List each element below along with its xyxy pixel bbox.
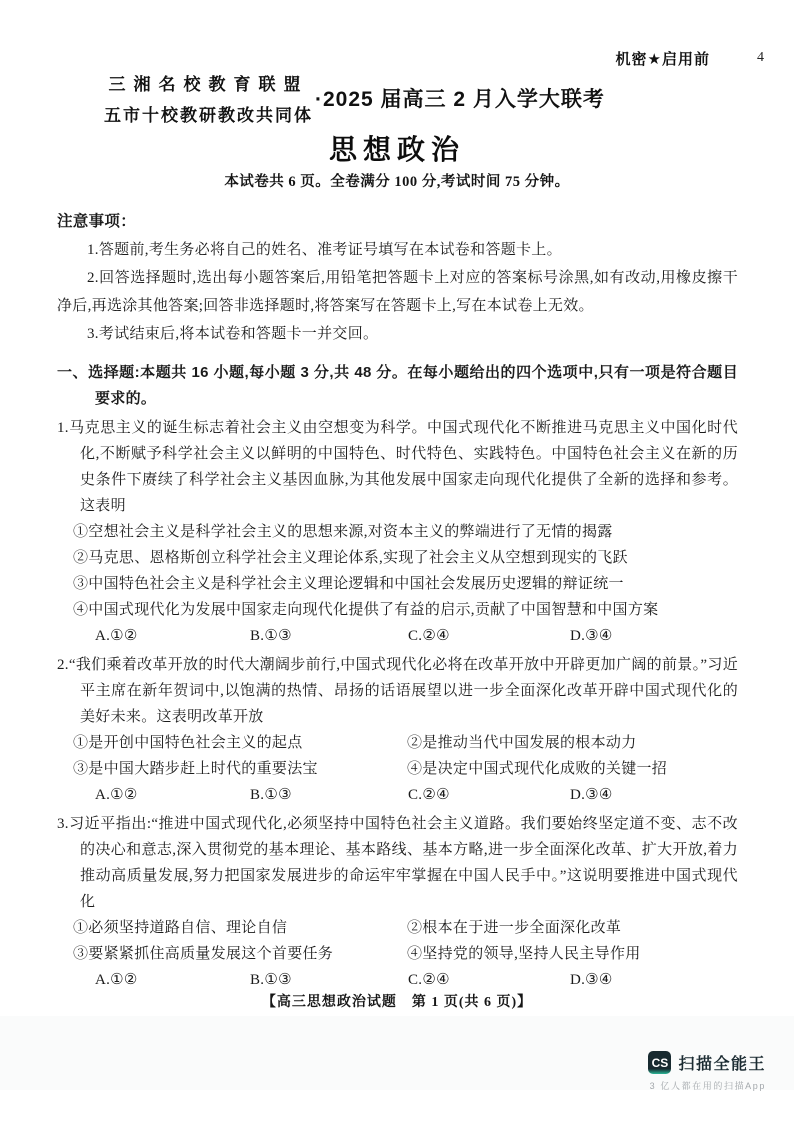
question-1-stem: 1.马克思主义的诞生标志着社会主义由空想变为科学。中国式现代化不断推进马克思主义… <box>57 415 738 519</box>
question-1-choice-a: A.①② <box>95 623 250 649</box>
question-3-stem: 3.习近平指出:“推进中国式现代化,必须坚持中国特色社会主义道路。我们要始终坚定… <box>57 811 738 915</box>
camscanner-brand-name: 扫描全能王 <box>678 1051 766 1074</box>
question-3-text: 习近平指出:“推进中国式现代化,必须坚持中国特色社会主义道路。我们要始终坚定道不… <box>69 816 738 910</box>
question-1-text: 马克思主义的诞生标志着社会主义由空想变为科学。中国式现代化不断推进马克思主义中国… <box>69 420 738 514</box>
question-3-choice-d: D.③④ <box>570 967 738 993</box>
question-2-option-3: ③是中国大踏步赶上时代的重要法宝 <box>73 756 407 782</box>
page-footer: 【高三思想政治试题 第 1 页(共 6 页)】 <box>0 991 794 1011</box>
question-3-option-1: ①必须坚持道路自信、理论自信 <box>73 915 407 941</box>
question-2-stem: 2.“我们乘着改革开放的时代大潮阔步前行,中国式现代化必将在改革开放中开辟更加广… <box>57 652 738 730</box>
question-3-choice-b: B.①③ <box>250 967 408 993</box>
question-1: 1.马克思主义的诞生标志着社会主义由空想变为科学。中国式现代化不断推进马克思主义… <box>57 415 738 649</box>
notice-heading: 注意事项： <box>57 208 738 236</box>
question-3-options: ①必须坚持道路自信、理论自信 ②根本在于进一步全面深化改革 ③要紧紧抓住高质量发… <box>57 915 738 967</box>
question-2-options: ①是开创中国特色社会主义的起点 ②是推动当代中国发展的根本动力 ③是中国大踏步赶… <box>57 730 738 782</box>
confidential-label: 机密★启用前 <box>616 48 710 69</box>
question-1-option-4: ④中国式现代化为发展中国家走向现代化提供了有益的启示,贡献了中国智慧和中国方案 <box>73 597 738 623</box>
question-3-choices: A.①② B.①③ C.②④ D.③④ <box>57 967 738 993</box>
question-1-choice-b: B.①③ <box>250 623 408 649</box>
question-2-number: 2. <box>57 657 69 673</box>
camscanner-logo-icon: CS <box>648 1051 671 1074</box>
camscanner-brand-row: CS 扫描全能王 <box>648 1051 766 1074</box>
organization-line1: 三湘名校教育联盟 <box>109 70 309 95</box>
exam-title: 思想政治 <box>0 128 794 168</box>
question-2-option-4: ④是决定中国式现代化成败的关键一招 <box>407 756 738 782</box>
camscanner-watermark: CS 扫描全能王 3 亿人都在用的扫描App <box>648 1051 766 1092</box>
question-3-option-4: ④坚持党的领导,坚持人民主导作用 <box>407 941 738 967</box>
section-heading-choice: 一、选择题:本题共 16 小题,每小题 3 分,共 48 分。在每小题给出的四个… <box>57 360 738 412</box>
question-3-number: 3. <box>57 816 69 832</box>
notice-item-2: 2.回答选择题时,选出每小题答案后,用铅笔把答题卡上对应的答案标号涂黑,如有改动… <box>57 264 738 320</box>
question-3-choice-c: C.②④ <box>408 967 570 993</box>
question-1-option-2: ②马克思、恩格斯创立科学社会主义理论体系,实现了社会主义从空想到现实的飞跃 <box>73 545 738 571</box>
question-1-number: 1. <box>57 420 69 436</box>
exam-paper-page: 机密★启用前 4 三湘名校教育联盟 五市十校教研教改共同体 ·2025 届高三 … <box>0 0 794 1123</box>
question-2-text: “我们乘着改革开放的时代大潮阔步前行,中国式现代化必将在改革开放中开辟更加广阔的… <box>69 657 738 725</box>
question-2-choices: A.①② B.①③ C.②④ D.③④ <box>57 782 738 808</box>
question-1-option-1: ①空想社会主义是科学社会主义的思想来源,对资本主义的弊端进行了无情的揭露 <box>73 519 738 545</box>
exam-header: 三湘名校教育联盟 五市十校教研教改共同体 ·2025 届高三 2 月入学大联考 <box>104 70 734 126</box>
question-2-choice-b: B.①③ <box>250 782 408 808</box>
question-2-choice-c: C.②④ <box>408 782 570 808</box>
question-2-choice-d: D.③④ <box>570 782 738 808</box>
camscanner-tagline: 3 亿人都在用的扫描App <box>650 1079 766 1092</box>
question-1-choice-c: C.②④ <box>408 623 570 649</box>
question-3-choice-a: A.①② <box>95 967 250 993</box>
notice-section: 注意事项： 1.答题前,考生务必将自己的姓名、准考证号填写在本试卷和答题卡上。 … <box>57 208 738 348</box>
page-corner-number: 4 <box>757 50 764 66</box>
exam-session: ·2025 届高三 2 月入学大联考 <box>315 83 605 113</box>
question-3-option-3: ③要紧紧抓住高质量发展这个首要任务 <box>73 941 407 967</box>
question-2-option-1: ①是开创中国特色社会主义的起点 <box>73 730 407 756</box>
question-3: 3.习近平指出:“推进中国式现代化,必须坚持中国特色社会主义道路。我们要始终坚定… <box>57 811 738 993</box>
organization-block: 三湘名校教育联盟 五市十校教研教改共同体 <box>104 70 313 126</box>
question-1-choices: A.①② B.①③ C.②④ D.③④ <box>57 623 738 649</box>
exam-subtitle: 本试卷共 6 页。全卷满分 100 分,考试时间 75 分钟。 <box>0 170 794 191</box>
organization-line2: 五市十校教研教改共同体 <box>104 101 313 126</box>
notice-item-3: 3.考试结束后,将本试卷和答题卡一并交回。 <box>57 320 738 348</box>
question-1-options: ①空想社会主义是科学社会主义的思想来源,对资本主义的弊端进行了无情的揭露 ②马克… <box>57 519 738 623</box>
exam-body: 注意事项： 1.答题前,考生务必将自己的姓名、准考证号填写在本试卷和答题卡上。 … <box>57 208 738 993</box>
question-2-option-2: ②是推动当代中国发展的根本动力 <box>407 730 738 756</box>
question-1-option-3: ③中国特色社会主义是科学社会主义理论逻辑和中国社会发展历史逻辑的辩证统一 <box>73 571 738 597</box>
question-3-option-2: ②根本在于进一步全面深化改革 <box>407 915 738 941</box>
question-2: 2.“我们乘着改革开放的时代大潮阔步前行,中国式现代化必将在改革开放中开辟更加广… <box>57 652 738 808</box>
question-2-choice-a: A.①② <box>95 782 250 808</box>
notice-item-1: 1.答题前,考生务必将自己的姓名、准考证号填写在本试卷和答题卡上。 <box>57 236 738 264</box>
question-1-choice-d: D.③④ <box>570 623 738 649</box>
